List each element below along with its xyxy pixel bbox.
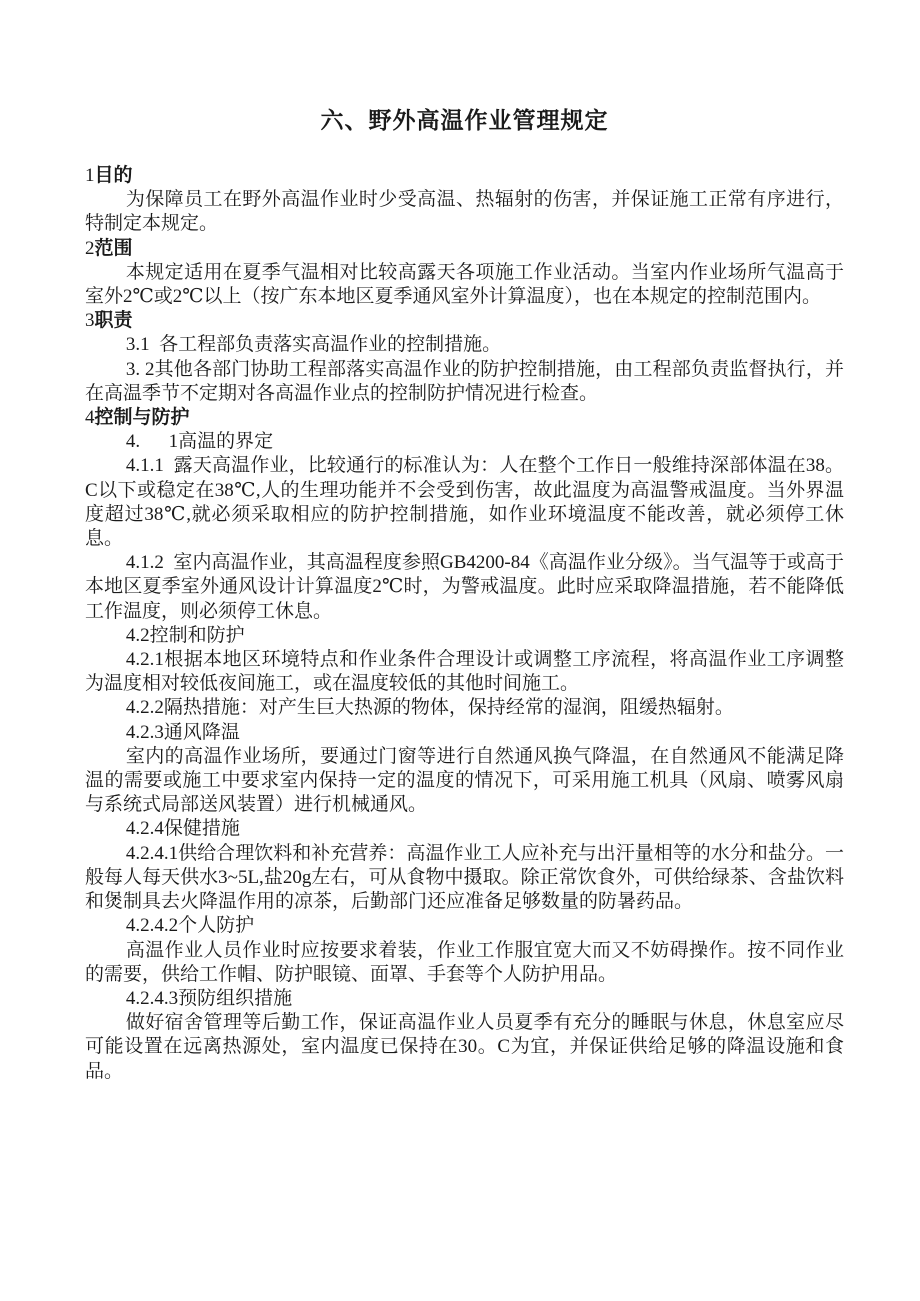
paragraph: 4.2.3通风降温 [85, 721, 844, 745]
section-number: 3 [85, 310, 95, 331]
paragraph: 4.2.4保健措施 [85, 817, 844, 841]
paragraph: 做好宿舍管理等后勤工作，保证高温作业人员夏季有充分的睡眠与休息，休息室应尽可能设… [85, 1011, 844, 1084]
paragraph: 4.2.2隔热措施：对产生巨大热源的物体，保持经常的湿润，阻缓热辐射。 [85, 696, 844, 720]
paragraph: 高温作业人员作业时应按要求着装，作业工作服宜宽大而又不妨碍操作。按不同作业的需要… [85, 939, 844, 987]
paragraph: 4.2.4.3预防组织措施 [85, 987, 844, 1011]
section-title: 职责 [95, 310, 133, 331]
paragraph: 4. 1高温的界定 [85, 430, 844, 454]
section-heading: 2范围 [85, 237, 844, 261]
section-title: 范围 [95, 238, 133, 259]
section-number: 4 [85, 407, 95, 428]
section-title: 目的 [95, 165, 133, 186]
paragraph: 室内的高温作业场所，要通过门窗等进行自然通风换气降温，在自然通风不能满足降温的需… [85, 745, 844, 818]
document-title: 六、野外高温作业管理规定 [85, 104, 844, 138]
section-heading: 1目的 [85, 164, 844, 188]
section-heading: 3职责 [85, 309, 844, 333]
paragraph: 4.2.1根据本地区环境特点和作业条件合理设计或调整工序流程，将高温作业工序调整… [85, 648, 844, 696]
section-title: 控制与防护 [95, 407, 190, 428]
paragraph: 为保障员工在野外高温作业时少受高温、热辐射的伤害，并保证施工正常有序进行，特制定… [85, 188, 844, 236]
section-heading: 4控制与防护 [85, 406, 844, 430]
paragraph: 3.1 各工程部负责落实高温作业的控制措施。 [85, 333, 844, 357]
paragraph: 4.1.1 露天高温作业，比较通行的标准认为：人在整个工作日一般维持深部体温在3… [85, 454, 844, 551]
document-page: 六、野外高温作业管理规定 1目的为保障员工在野外高温作业时少受高温、热辐射的伤害… [0, 0, 920, 1301]
paragraph: 4.2.4.1供给合理饮料和补充营养：高温作业工人应补充与出汗量相等的水分和盐分… [85, 842, 844, 915]
section-number: 1 [85, 165, 95, 186]
paragraph: 4.2.4.2个人防护 [85, 914, 844, 938]
paragraph: 本规定适用在夏季气温相对比较高露天各项施工作业活动。当室内作业场所气温高于室外2… [85, 261, 844, 309]
paragraph: 4.2控制和防护 [85, 624, 844, 648]
paragraph: 4.1.2 室内高温作业，其高温程度参照GB4200-84《高温作业分级》。当气… [85, 551, 844, 624]
section-number: 2 [85, 238, 95, 259]
document-body: 1目的为保障员工在野外高温作业时少受高温、热辐射的伤害，并保证施工正常有序进行，… [85, 164, 844, 1084]
paragraph: 3. 2其他各部门协助工程部落实高温作业的防护控制措施，由工程部负责监督执行，并… [85, 358, 844, 406]
